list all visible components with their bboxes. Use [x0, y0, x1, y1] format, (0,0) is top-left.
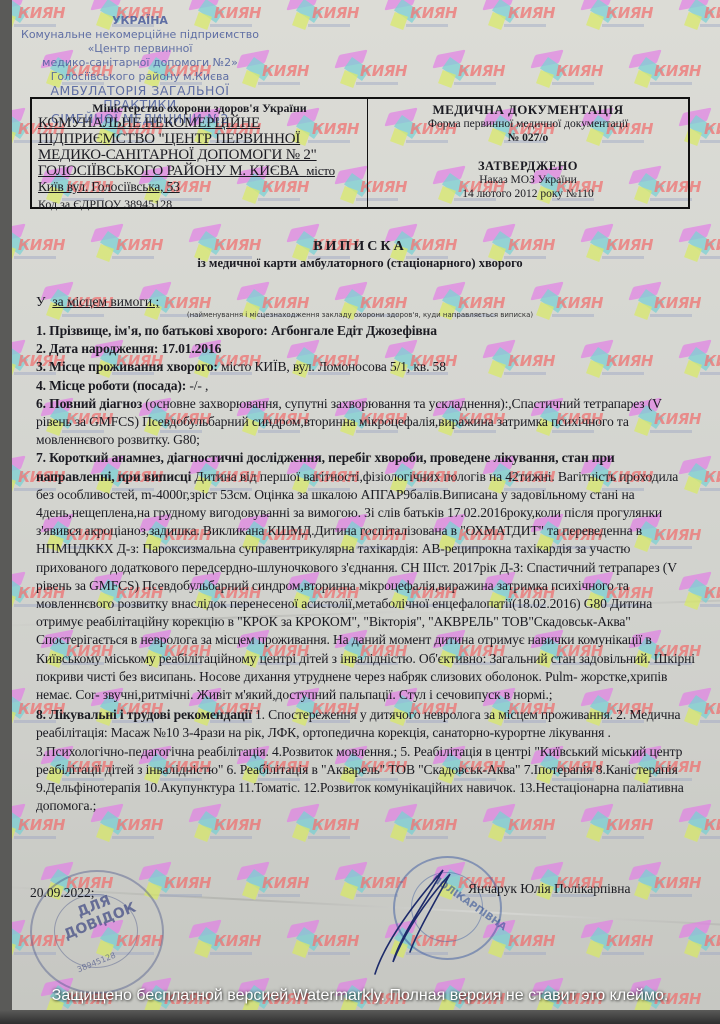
- field-workplace: 4. Місце роботи (посада): -/- ,: [36, 377, 696, 395]
- recommendations: 1. Спостереження у дитячого невролога за…: [36, 707, 684, 813]
- approval-order: Наказ МОЗ України: [368, 173, 688, 187]
- workplace: -/- ,: [189, 378, 208, 393]
- issue-date: 20.09.2022;: [30, 885, 95, 901]
- kyian-watermark-logo: КИЯН: [628, 46, 708, 102]
- document-title: ВИПИСКА: [0, 239, 720, 255]
- org-name-line: МЕДИКО-САНІТАРНОЇ ДОПОМОГИ № 2": [38, 147, 361, 163]
- city-word: місто: [306, 163, 335, 178]
- photo-edge: [0, 1010, 720, 1024]
- field-patient-name: 1. Прізвище, ім'я, по батькові хворого: …: [36, 322, 696, 340]
- watermarkly-banner: Защищено бесплатной версией Watermarkly.…: [0, 987, 720, 1005]
- stamp-line: «Центр первинної: [20, 42, 260, 56]
- kyian-watermark-logo: КИЯН: [580, 916, 660, 972]
- signer-name: Янчарук Юлія Полікарпівна: [468, 881, 631, 897]
- kyian-watermark-logo: КИЯН: [334, 46, 414, 102]
- recipient-note: (найменування і місцезнаходження закладу…: [0, 311, 720, 319]
- form-info-block: МЕДИЧНА ДОКУМЕНТАЦІЯ Форма первинної мед…: [368, 99, 688, 207]
- field-residence: 3. Місце проживання хворого: місто КИЇВ,…: [36, 358, 696, 376]
- kyian-watermark-logo: КИЯН: [286, 916, 366, 972]
- institution-block: Міністерство охорони здоров'я України КО…: [32, 99, 368, 207]
- residence: місто КИЇВ, вул. Ломоносова 5/1, кв. 58: [221, 359, 446, 374]
- stamp-line: медико-санітарної допомоги №2»: [20, 56, 260, 70]
- kyian-watermark-logo: КИЯН: [628, 858, 708, 914]
- approved-label: ЗАТВЕРДЖЕНО: [368, 159, 688, 173]
- kyian-watermark-logo: КИЯН: [530, 46, 610, 102]
- form-number: № 027/о: [368, 131, 688, 145]
- document-body: 1. Прізвище, ім'я, по батькові хворого: …: [36, 322, 696, 815]
- approval-order-date: 14 лютого 2012 року №110: [368, 187, 688, 201]
- field-recommendations: 8. Лікувальні і трудові рекомендації 1. …: [36, 706, 696, 815]
- field-diagnosis: 6. Повний діагноз (основне захворювання,…: [36, 395, 696, 450]
- ministry-name: Міністерство охорони здоров'я України: [38, 101, 361, 115]
- kyian-watermark-logo: КИЯН: [678, 0, 720, 44]
- recipient-prefix: У: [36, 294, 46, 309]
- doc-type: МЕДИЧНА ДОКУМЕНТАЦІЯ: [368, 103, 688, 117]
- stamp-line: Голосіївського району м.Києва: [20, 70, 260, 84]
- document-header: Міністерство охорони здоров'я України КО…: [30, 97, 690, 209]
- patient-name: Агбонгале Едіт Джозефівна: [271, 323, 437, 338]
- anamnesis: Дитина від першої вагітності,фізіологічн…: [36, 469, 695, 702]
- birth-date: 17.01.2016: [162, 341, 222, 356]
- kyian-watermark-logo: КИЯН: [188, 916, 268, 972]
- document-subtitle: із медичної карти амбулаторного (стаціон…: [0, 256, 720, 271]
- kyian-watermark-logo: КИЯН: [384, 0, 464, 44]
- org-name-line: КОМУНАЛЬНЕ НЕКОМЕРЦІЙНЕ: [38, 115, 361, 131]
- recipient-line: У за місцем вимоги.;: [36, 294, 159, 310]
- stamp-line: Комунальне некомерційне підприємство: [20, 28, 260, 42]
- kyian-watermark-logo: КИЯН: [286, 0, 366, 44]
- kyian-watermark-logo: КИЯН: [432, 46, 512, 102]
- kyian-watermark-logo: КИЯН: [580, 0, 660, 44]
- stamp-line: УКРАЇНА: [20, 14, 260, 28]
- signature: [355, 862, 475, 982]
- kyian-watermark-logo: КИЯН: [236, 858, 316, 914]
- org-address: Київ вул. Голосіївська, 53: [38, 179, 361, 195]
- field-anamnesis: 7. Короткий анамнез, діагностичні дослід…: [36, 449, 696, 704]
- recipient-value: за місцем вимоги.;: [52, 294, 159, 309]
- edrpou-code: Код за ЄДРПОУ 38945128: [38, 196, 361, 212]
- org-name-line: ПІДПРИЄМСТВО "ЦЕНТР ПЕРВИННОЇ: [38, 131, 361, 147]
- org-name-line: ГОЛОСІЇВСЬКОГО РАЙОНУ М. КИЄВА місто: [38, 163, 361, 179]
- kyian-watermark-logo: КИЯН: [482, 0, 562, 44]
- form-label: Форма первинної медичної документації: [368, 117, 688, 131]
- field-birth-date: 2. Дата народження: 17.01.2016: [36, 340, 696, 358]
